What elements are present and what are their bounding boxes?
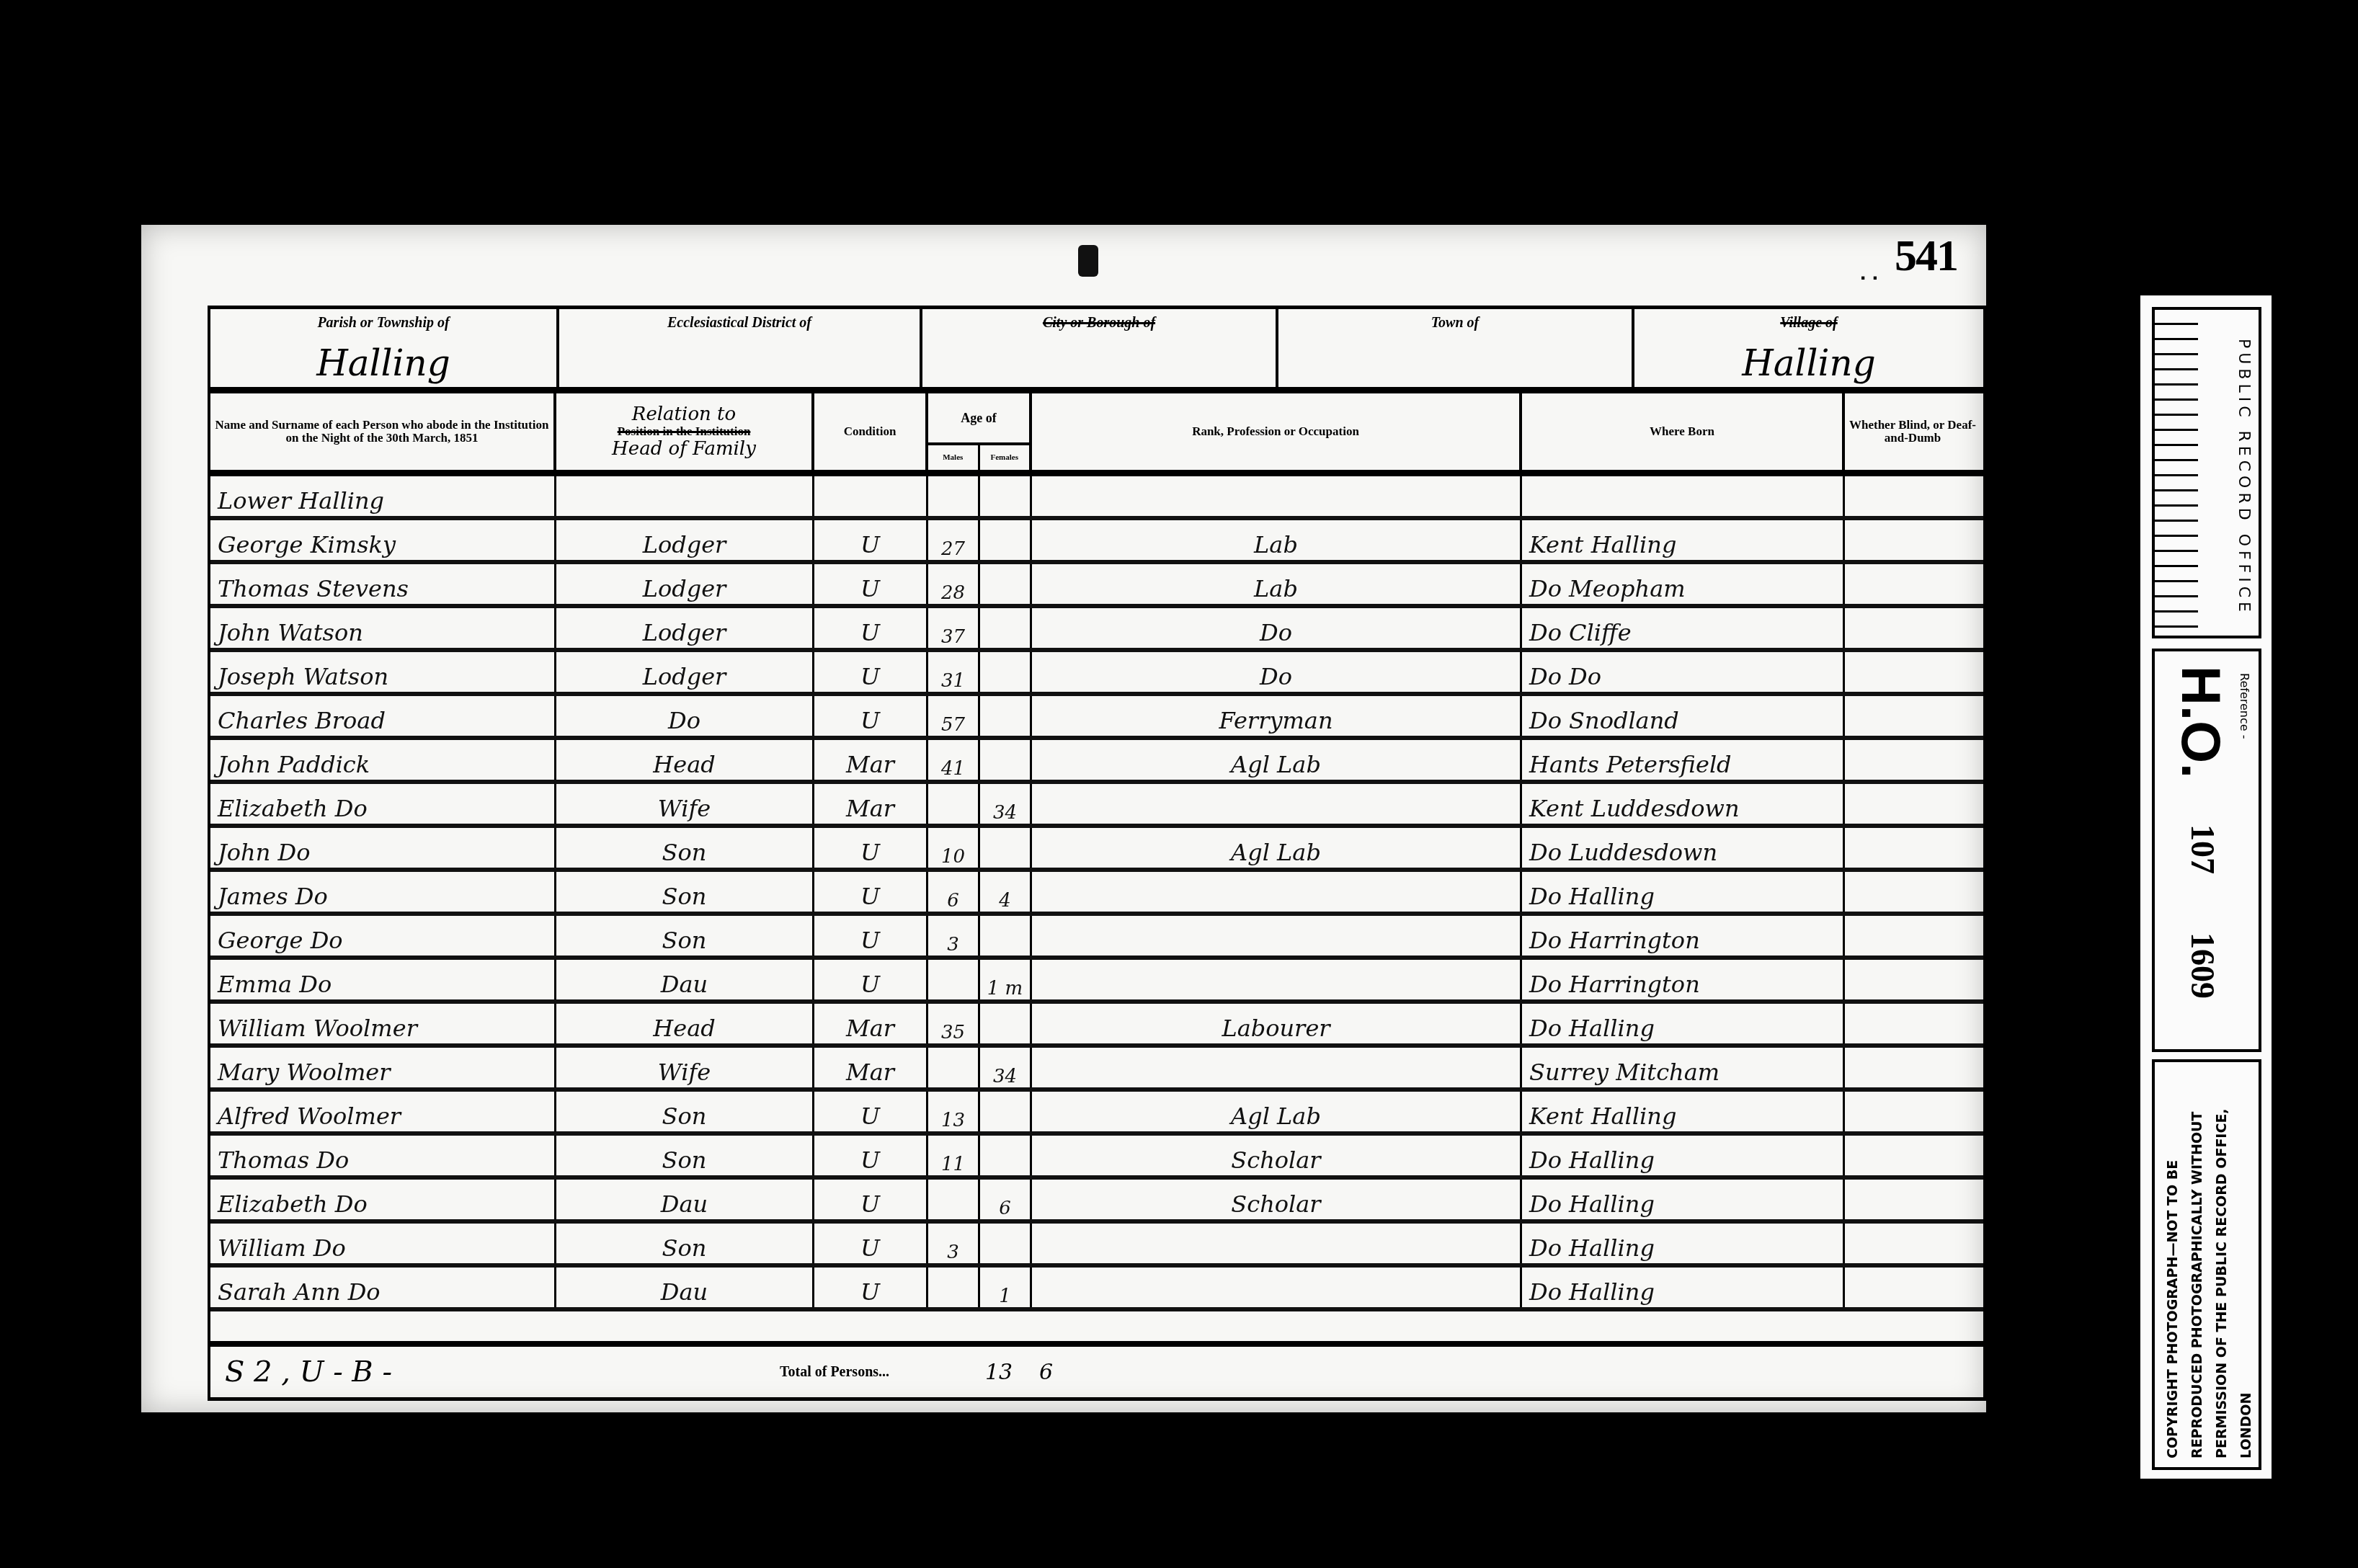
town-field: Town of bbox=[1278, 309, 1634, 387]
cell-occ bbox=[1032, 476, 1522, 516]
cell-name: Thomas Do bbox=[210, 1136, 556, 1175]
cell-cond: Mar bbox=[814, 1048, 928, 1087]
parish-field: Parish or Township of Halling bbox=[210, 309, 559, 387]
cell-born: Do Halling bbox=[1522, 872, 1845, 912]
cell-occ: Ferryman bbox=[1032, 696, 1522, 736]
col-where-born: Where Born bbox=[1522, 393, 1845, 470]
cell-occ: Do bbox=[1032, 652, 1522, 692]
reference-box: H.O. Reference - 107 1609 bbox=[2152, 649, 2261, 1052]
cell-born: Do Snodland bbox=[1522, 696, 1845, 736]
totals-label: Total of Persons... bbox=[780, 1364, 889, 1381]
cell-rel bbox=[556, 476, 814, 516]
cell-m: 37 bbox=[928, 608, 980, 648]
cell-name: William Woolmer bbox=[210, 1004, 556, 1043]
cell-born bbox=[1522, 476, 1845, 516]
cell-rel: Lodger bbox=[556, 608, 814, 648]
table-row: Sarah Ann DoDauU1Do Halling bbox=[210, 1268, 1983, 1311]
cell-f: 1 m bbox=[980, 960, 1032, 999]
cell-born: Do Harrington bbox=[1522, 960, 1845, 999]
table-row: Thomas StevensLodgerU28LabDo Meopham bbox=[210, 564, 1983, 608]
cell-name: George Do bbox=[210, 916, 556, 955]
cell-blind bbox=[1845, 828, 1980, 868]
cell-born: Do Cliffe bbox=[1522, 608, 1845, 648]
ecclesiastical-district-field: Ecclesiastical District of bbox=[559, 309, 922, 387]
col-males: Males bbox=[928, 445, 980, 470]
cell-cond: Mar bbox=[814, 740, 928, 780]
cell-f: 4 bbox=[980, 872, 1032, 912]
cell-rel: Son bbox=[556, 1136, 814, 1175]
cell-blind bbox=[1845, 1092, 1980, 1131]
cell-cond: U bbox=[814, 1180, 928, 1219]
table-row: George DoSonU3Do Harrington bbox=[210, 916, 1983, 960]
cell-blind bbox=[1845, 1224, 1980, 1263]
cell-occ bbox=[1032, 1048, 1522, 1087]
cell-name: Charles Broad bbox=[210, 696, 556, 736]
cell-rel: Dau bbox=[556, 1268, 814, 1307]
cell-blind bbox=[1845, 608, 1980, 648]
cell-blind bbox=[1845, 564, 1980, 604]
table-row: Mary WoolmerWifeMar34Surrey Mitcham bbox=[210, 1048, 1983, 1092]
cell-f bbox=[980, 520, 1032, 560]
census-page: . . 541 Parish or Township of Halling Ec… bbox=[141, 225, 1986, 1412]
cell-name: James Do bbox=[210, 872, 556, 912]
cell-f bbox=[980, 1136, 1032, 1175]
folio-dots: . . bbox=[1860, 261, 1878, 285]
cell-cond: U bbox=[814, 1224, 928, 1263]
cell-f: 6 bbox=[980, 1180, 1032, 1219]
cell-rel: Son bbox=[556, 1092, 814, 1131]
cell-m: 41 bbox=[928, 740, 980, 780]
cell-name: George Kimsky bbox=[210, 520, 556, 560]
cell-name: Thomas Stevens bbox=[210, 564, 556, 604]
cell-m: 31 bbox=[928, 652, 980, 692]
table-row: John DoSonU10Agl LabDo Luddesdown bbox=[210, 828, 1983, 872]
cell-name: Emma Do bbox=[210, 960, 556, 999]
col-occupation: Rank, Profession or Occupation bbox=[1032, 393, 1522, 470]
cell-born: Kent Halling bbox=[1522, 520, 1845, 560]
cell-cond: U bbox=[814, 828, 928, 868]
cell-blind bbox=[1845, 740, 1980, 780]
cell-name: John Do bbox=[210, 828, 556, 868]
cell-cond: U bbox=[814, 960, 928, 999]
cell-occ: Lab bbox=[1032, 564, 1522, 604]
cell-blind bbox=[1845, 784, 1980, 824]
page-stamp bbox=[1078, 245, 1098, 277]
cell-cond: U bbox=[814, 520, 928, 560]
cell-blind bbox=[1845, 520, 1980, 560]
cell-cond: U bbox=[814, 564, 928, 604]
cell-occ: Scholar bbox=[1032, 1180, 1522, 1219]
table-row: Emma DoDauU1 mDo Harrington bbox=[210, 960, 1983, 1004]
cell-m: 13 bbox=[928, 1092, 980, 1131]
piece-number: 1609 bbox=[2184, 932, 2222, 999]
cell-m: 6 bbox=[928, 872, 980, 912]
cell-rel: Dau bbox=[556, 1180, 814, 1219]
piece-class: 107 bbox=[2184, 824, 2222, 874]
cell-rel: Son bbox=[556, 1224, 814, 1263]
scale-ruler: PUBLIC RECORD OFFICE bbox=[2152, 307, 2261, 638]
cell-name: Mary Woolmer bbox=[210, 1048, 556, 1087]
cell-blind bbox=[1845, 652, 1980, 692]
cell-cond: U bbox=[814, 1136, 928, 1175]
cell-cond: Mar bbox=[814, 1004, 928, 1043]
table-row: Elizabeth DoWifeMar34Kent Luddesdown bbox=[210, 784, 1983, 828]
cell-occ: Agl Lab bbox=[1032, 1092, 1522, 1131]
cell-blind bbox=[1845, 1048, 1980, 1087]
folio-number: 541 bbox=[1895, 231, 1957, 282]
table-row: Charles BroadDoU57FerrymanDo Snodland bbox=[210, 696, 1983, 740]
cell-born: Do Halling bbox=[1522, 1136, 1845, 1175]
cell-blind bbox=[1845, 1268, 1980, 1307]
totals-tally: S 2 , U - B - bbox=[225, 1355, 392, 1389]
cell-name: Sarah Ann Do bbox=[210, 1268, 556, 1307]
col-name: Name and Surname of each Person who abod… bbox=[210, 393, 556, 470]
cell-occ bbox=[1032, 1268, 1522, 1307]
cell-rel: Son bbox=[556, 916, 814, 955]
cell-rel: Do bbox=[556, 696, 814, 736]
col-relation: Relation to Position in the Institution … bbox=[556, 393, 814, 470]
cell-blind bbox=[1845, 1180, 1980, 1219]
cell-born: Do Halling bbox=[1522, 1180, 1845, 1219]
cell-occ bbox=[1032, 872, 1522, 912]
cell-m: 10 bbox=[928, 828, 980, 868]
cell-cond: U bbox=[814, 1268, 928, 1307]
cell-name: Joseph Watson bbox=[210, 652, 556, 692]
table-row: William WoolmerHeadMar35LabourerDo Halli… bbox=[210, 1004, 1983, 1048]
cell-f bbox=[980, 1224, 1032, 1263]
cell-occ: Agl Lab bbox=[1032, 828, 1522, 868]
reference-label: Reference - bbox=[2238, 673, 2251, 739]
census-table: Parish or Township of Halling Ecclesiast… bbox=[208, 306, 1987, 1401]
cell-name: John Paddick bbox=[210, 740, 556, 780]
cell-blind bbox=[1845, 1004, 1980, 1043]
cell-blind bbox=[1845, 1136, 1980, 1175]
cell-m bbox=[928, 1048, 980, 1087]
column-headers: Name and Surname of each Person who abod… bbox=[210, 393, 1983, 476]
cell-f bbox=[980, 1004, 1032, 1043]
cell-born: Do Halling bbox=[1522, 1224, 1845, 1263]
cell-m: 3 bbox=[928, 1224, 980, 1263]
copyright-notice: COPYRIGHT PHOTOGRAPH—NOT TO BE REPRODUCE… bbox=[2161, 1069, 2259, 1458]
parish-value: Halling bbox=[210, 342, 556, 384]
cell-cond: U bbox=[814, 652, 928, 692]
cell-born: Do Harrington bbox=[1522, 916, 1845, 955]
cell-f: 34 bbox=[980, 784, 1032, 824]
cell-name: John Watson bbox=[210, 608, 556, 648]
table-row: John PaddickHeadMar41Agl LabHants Peters… bbox=[210, 740, 1983, 784]
cell-name: Alfred Woolmer bbox=[210, 1092, 556, 1131]
village-field: Village of Halling bbox=[1634, 309, 1983, 387]
col-females: Females bbox=[980, 445, 1030, 470]
cell-occ: Agl Lab bbox=[1032, 740, 1522, 780]
place-header: Parish or Township of Halling Ecclesiast… bbox=[210, 309, 1983, 393]
table-row: George KimskyLodgerU27LabKent Halling bbox=[210, 520, 1983, 564]
col-age: Age of Males Females bbox=[928, 393, 1032, 470]
cell-name: Lower Halling bbox=[210, 476, 556, 516]
table-row: Alfred WoolmerSonU13Agl LabKent Halling bbox=[210, 1092, 1983, 1136]
cell-cond: U bbox=[814, 608, 928, 648]
cell-rel: Head bbox=[556, 1004, 814, 1043]
cell-f bbox=[980, 828, 1032, 868]
cell-rel: Son bbox=[556, 828, 814, 868]
cell-born: Do Meopham bbox=[1522, 564, 1845, 604]
cell-blind bbox=[1845, 872, 1980, 912]
cell-rel: Wife bbox=[556, 1048, 814, 1087]
table-row: Lower Halling bbox=[210, 476, 1983, 520]
table-row: Elizabeth DoDauU6ScholarDo Halling bbox=[210, 1180, 1983, 1224]
cell-occ bbox=[1032, 960, 1522, 999]
cell-m: 27 bbox=[928, 520, 980, 560]
cell-cond: U bbox=[814, 1092, 928, 1131]
cell-rel: Son bbox=[556, 872, 814, 912]
cell-f bbox=[980, 608, 1032, 648]
totals-row: S 2 , U - B - Total of Persons... 13 6 bbox=[210, 1341, 1983, 1397]
cell-m: 28 bbox=[928, 564, 980, 604]
cell-born: Do Do bbox=[1522, 652, 1845, 692]
village-value: Halling bbox=[1634, 342, 1983, 384]
cell-born: Do Halling bbox=[1522, 1004, 1845, 1043]
cell-m: 57 bbox=[928, 696, 980, 736]
cell-cond: U bbox=[814, 916, 928, 955]
cell-m: 3 bbox=[928, 916, 980, 955]
archive-label-strip: PUBLIC RECORD OFFICE H.O. Reference - 10… bbox=[2137, 293, 2274, 1482]
city-borough-field: City or Borough of bbox=[922, 309, 1278, 387]
ruler-title: PUBLIC RECORD OFFICE bbox=[2235, 339, 2253, 616]
cell-m bbox=[928, 960, 980, 999]
cell-occ: Scholar bbox=[1032, 1136, 1522, 1175]
cell-m: 11 bbox=[928, 1136, 980, 1175]
cell-born: Do Halling bbox=[1522, 1268, 1845, 1307]
table-row: Joseph WatsonLodgerU31DoDo Do bbox=[210, 652, 1983, 696]
cell-cond: U bbox=[814, 872, 928, 912]
cell-cond: Mar bbox=[814, 784, 928, 824]
cell-rel: Lodger bbox=[556, 652, 814, 692]
col-condition: Condition bbox=[814, 393, 928, 470]
table-row: Thomas DoSonU11ScholarDo Halling bbox=[210, 1136, 1983, 1180]
series-code: H.O. bbox=[2169, 666, 2232, 778]
cell-rel: Lodger bbox=[556, 564, 814, 604]
cell-f bbox=[980, 740, 1032, 780]
cell-occ bbox=[1032, 1224, 1522, 1263]
cell-m bbox=[928, 476, 980, 516]
cell-cond bbox=[814, 476, 928, 516]
cell-blind bbox=[1845, 960, 1980, 999]
cell-f bbox=[980, 696, 1032, 736]
total-males: 13 bbox=[985, 1360, 1013, 1385]
cell-occ: Lab bbox=[1032, 520, 1522, 560]
cell-f bbox=[980, 1092, 1032, 1131]
cell-name: Elizabeth Do bbox=[210, 1180, 556, 1219]
cell-f: 34 bbox=[980, 1048, 1032, 1087]
cell-m bbox=[928, 1180, 980, 1219]
cell-cond: U bbox=[814, 696, 928, 736]
col-blind: Whether Blind, or Deaf-and-Dumb bbox=[1845, 393, 1980, 470]
cell-occ: Do bbox=[1032, 608, 1522, 648]
cell-f: 1 bbox=[980, 1268, 1032, 1307]
cell-blind bbox=[1845, 696, 1980, 736]
cell-m: 35 bbox=[928, 1004, 980, 1043]
cell-blind bbox=[1845, 476, 1980, 516]
cell-name: William Do bbox=[210, 1224, 556, 1263]
cell-f bbox=[980, 916, 1032, 955]
cell-m bbox=[928, 1268, 980, 1307]
cell-born: Surrey Mitcham bbox=[1522, 1048, 1845, 1087]
cell-born: Do Luddesdown bbox=[1522, 828, 1845, 868]
cell-rel: Lodger bbox=[556, 520, 814, 560]
cell-m bbox=[928, 784, 980, 824]
cell-f bbox=[980, 564, 1032, 604]
cell-blind bbox=[1845, 916, 1980, 955]
census-rows: Lower HallingGeorge KimskyLodgerU27LabKe… bbox=[210, 476, 1983, 1311]
cell-occ: Labourer bbox=[1032, 1004, 1522, 1043]
cell-rel: Head bbox=[556, 740, 814, 780]
copyright-box: COPYRIGHT PHOTOGRAPH—NOT TO BE REPRODUCE… bbox=[2152, 1059, 2261, 1470]
cell-occ bbox=[1032, 916, 1522, 955]
cell-rel: Dau bbox=[556, 960, 814, 999]
cell-rel: Wife bbox=[556, 784, 814, 824]
table-row: John WatsonLodgerU37DoDo Cliffe bbox=[210, 608, 1983, 652]
table-row: James DoSonU64Do Halling bbox=[210, 872, 1983, 916]
cell-born: Kent Halling bbox=[1522, 1092, 1845, 1131]
table-row: William DoSonU3Do Halling bbox=[210, 1224, 1983, 1268]
cell-born: Kent Luddesdown bbox=[1522, 784, 1845, 824]
total-females: 6 bbox=[1039, 1360, 1053, 1385]
cell-occ bbox=[1032, 784, 1522, 824]
cell-f bbox=[980, 652, 1032, 692]
cell-born: Hants Petersfield bbox=[1522, 740, 1845, 780]
cell-name: Elizabeth Do bbox=[210, 784, 556, 824]
cell-f bbox=[980, 476, 1032, 516]
